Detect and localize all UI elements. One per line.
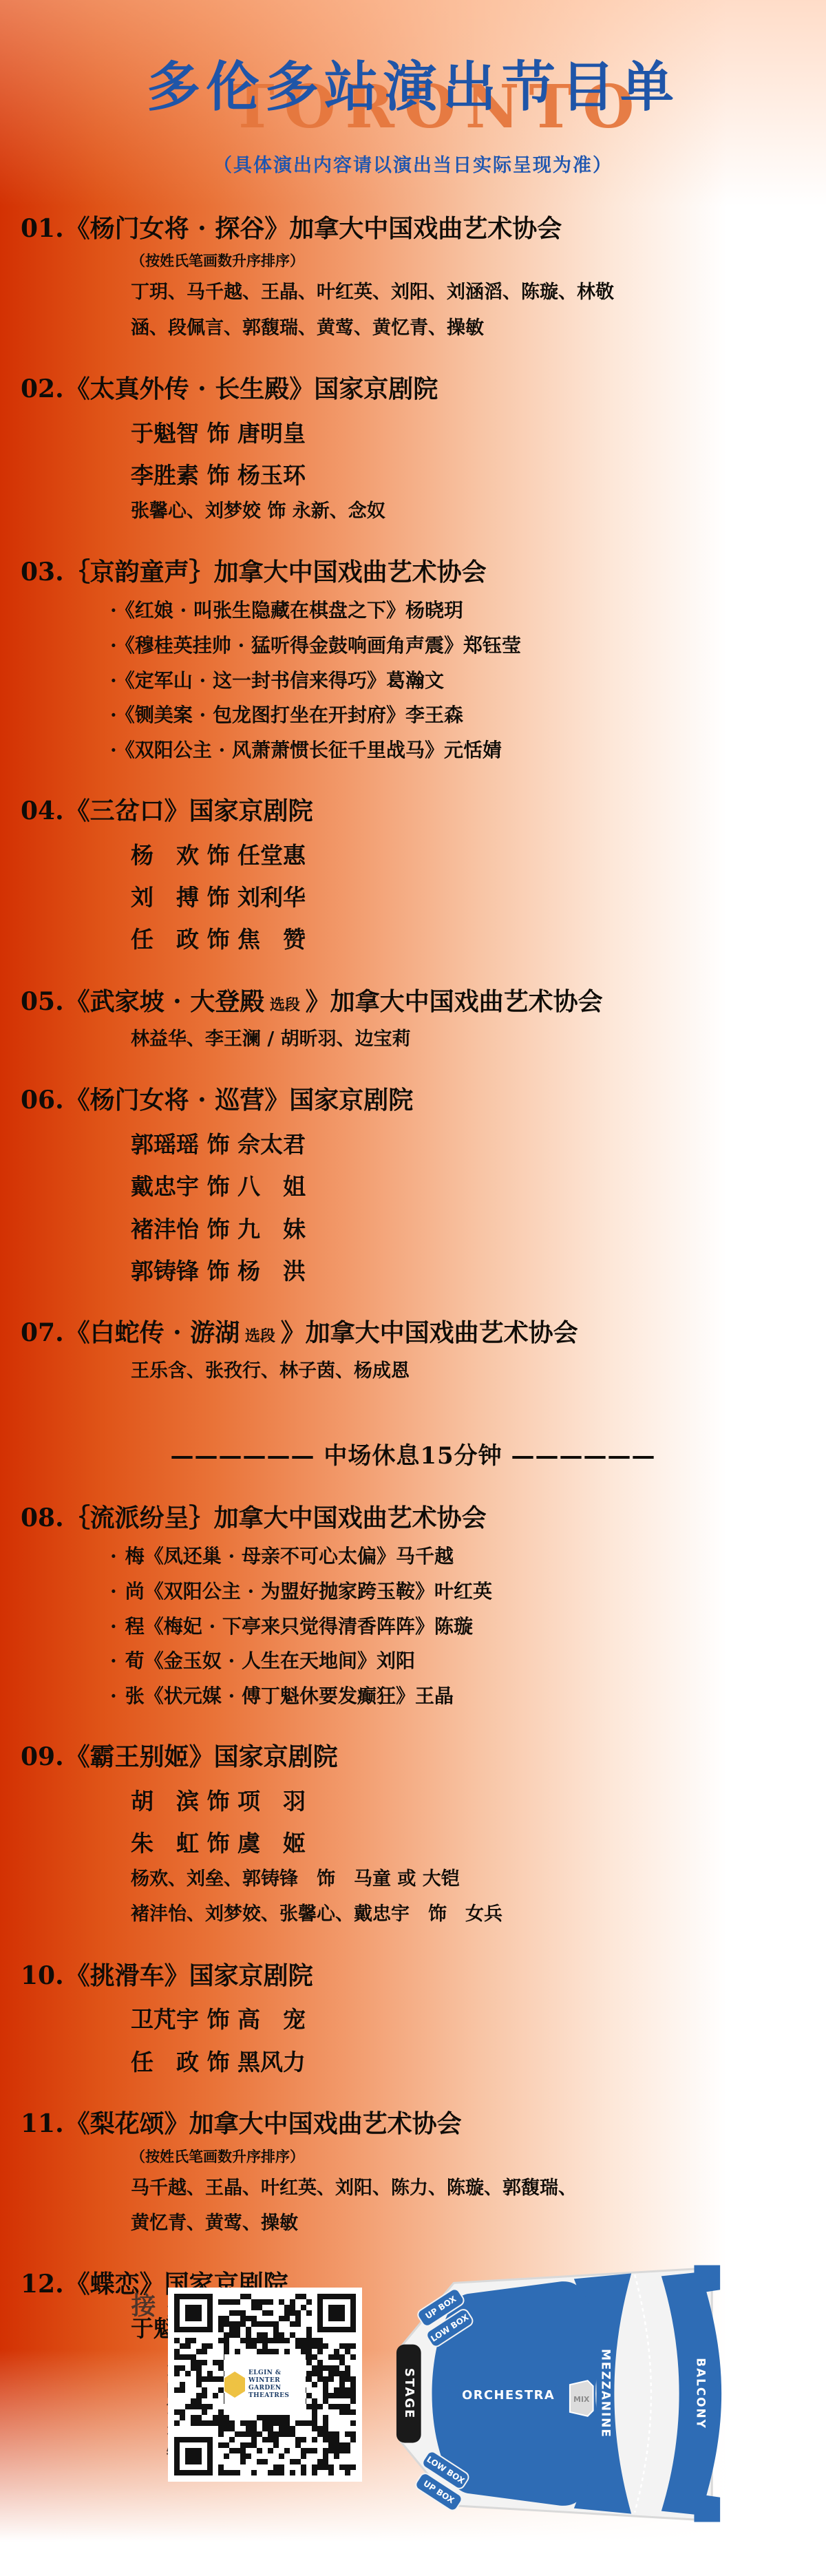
cast-line: 王乐含、张孜行、林子茵、杨成恩 bbox=[131, 1358, 805, 1384]
program-list: 01.《杨门女将 · 探谷》加拿大中国戏曲艺术协会（按姓氏笔画数升序排序）丁玥、… bbox=[0, 177, 826, 2343]
seating-chart: MIX STAGE UP BOX LOW BOX LOW BOX UP BOX bbox=[391, 2265, 732, 2525]
theatre-logo-icon bbox=[224, 2372, 245, 2398]
repertoire-line: ·荀《金玉奴 · 人生在天地间》刘阳 bbox=[110, 1648, 805, 1674]
cast-line: 杨欢、刘垒、郭铸锋 饰 马童 或 大铠 bbox=[131, 1866, 805, 1892]
program-poster: 多伦多站演出节目单 TORONTO （具体演出内容请以演出当日实际呈现为准） 0… bbox=[0, 0, 826, 2576]
program-title-excerpt-tag: 选段 bbox=[240, 1327, 280, 1345]
bullet-dot: · bbox=[110, 1649, 117, 1672]
bullet-dot: · bbox=[110, 669, 117, 692]
program-item: 06.《杨门女将 · 巡营》国家京剧院郭瑶瑶 饰 佘太君戴忠宇 饰 八 姐褚沣怡… bbox=[21, 1084, 805, 1285]
cast-line: 褚沣怡 饰 九 妹 bbox=[131, 1215, 805, 1243]
cast-line: 马千越、王晶、叶红英、刘阳、陈力、陈璇、郭馥瑞、 bbox=[131, 2175, 805, 2202]
poster-header: 多伦多站演出节目单 TORONTO （具体演出内容请以演出当日实际呈现为准） bbox=[0, 0, 826, 177]
program-number: 11. bbox=[21, 2109, 64, 2138]
program-item: 07.《白蛇传 · 游湖 选段 》加拿大中国戏曲艺术协会王乐含、张孜行、林子茵、… bbox=[21, 1317, 805, 1384]
cast-line: 褚沣怡、刘梦姣、张馨心、戴忠宇 饰 女兵 bbox=[131, 1901, 805, 1928]
program-title-text: 《太真外传 · 长生殿》国家京剧院 bbox=[65, 374, 438, 403]
poster-footer: 多伦多购票链接 ELGIN & WINTER GARDEN THEATRES bbox=[0, 2258, 826, 2576]
program-title: 08.｛流派纷呈｝加拿大中国戏曲艺术协会 bbox=[21, 1502, 805, 1534]
bullet-dot: · bbox=[110, 704, 117, 726]
cast-line: 戴忠宇 饰 八 姐 bbox=[131, 1172, 805, 1201]
program-title: 04.《三岔口》国家京剧院 bbox=[21, 795, 805, 827]
bullet-dot: · bbox=[110, 739, 117, 761]
program-title-text: 》加拿大中国戏曲艺术协会 bbox=[281, 1318, 578, 1347]
repertoire-line: ·《铡美案 · 包龙图打坐在开封府》李王森 bbox=[110, 702, 805, 728]
repertoire-line: ·《双阳公主 · 风萧萧惯长征千里战马》元恬婧 bbox=[110, 737, 805, 763]
theatre-logo-line: WINTER GARDEN bbox=[248, 2377, 306, 2393]
program-item: 01.《杨门女将 · 探谷》加拿大中国戏曲艺术协会（按姓氏笔画数升序排序）丁玥、… bbox=[21, 213, 805, 341]
program-title-text: 《霸王别姬》国家京剧院 bbox=[65, 1742, 338, 1771]
program-title-text: ｛流派纷呈｝加拿大中国戏曲艺术协会 bbox=[65, 1503, 487, 1532]
cast-line: 郭瑶瑶 饰 佘太君 bbox=[131, 1130, 805, 1159]
mezzanine-label: MEZZANINE bbox=[599, 2349, 613, 2438]
program-title-text: 《杨门女将 · 探谷》加拿大中国戏曲艺术协会 bbox=[65, 214, 562, 243]
cast-line: 朱 虹 饰 虞 姬 bbox=[131, 1829, 805, 1857]
bullet-dot: · bbox=[110, 1615, 117, 1638]
theatre-logo-line: THEATRES bbox=[248, 2392, 306, 2400]
program-title: 07.《白蛇传 · 游湖 选段 》加拿大中国戏曲艺术协会 bbox=[21, 1317, 805, 1349]
cast-line: 任 政 饰 焦 赞 bbox=[131, 925, 805, 953]
cast-line: 杨 欢 饰 任堂惠 bbox=[131, 841, 805, 869]
bullet-dot: · bbox=[110, 634, 117, 657]
cast-line: 胡 滨 饰 项 羽 bbox=[131, 1787, 805, 1815]
program-title: 10.《挑滑车》国家京剧院 bbox=[21, 1960, 805, 1992]
program-number: 07. bbox=[21, 1318, 64, 1347]
bullet-dot: · bbox=[110, 1580, 117, 1603]
program-title-text: 》加拿大中国戏曲艺术协会 bbox=[306, 987, 603, 1016]
bullet-dot: · bbox=[110, 1545, 117, 1567]
cast-line: 涵、段佩言、郭馥瑞、黄莺、黄忆青、操敏 bbox=[131, 315, 805, 341]
program-item: 04.《三岔口》国家京剧院杨 欢 饰 任堂惠刘 搏 饰 刘利华任 政 饰 焦 赞 bbox=[21, 795, 805, 954]
program-title-text: 《武家坡 · 大登殿 bbox=[65, 987, 265, 1016]
program-item: 11.《梨花颂》加拿大中国戏曲艺术协会（按姓氏笔画数升序排序）马千越、王晶、叶红… bbox=[21, 2108, 805, 2237]
program-item: 09.《霸王别姬》国家京剧院胡 滨 饰 项 羽朱 虹 饰 虞 姬杨欢、刘垒、郭铸… bbox=[21, 1741, 805, 1928]
cast-line: 于魁智 饰 唐明皇 bbox=[131, 419, 805, 447]
program-number: 09. bbox=[21, 1742, 64, 1771]
cast-line: 林益华、李王澜 / 胡昕羽、边宝莉 bbox=[131, 1026, 805, 1053]
cast-line: 张馨心、刘梦姣 饰 永新、念奴 bbox=[131, 498, 805, 525]
program-number: 02. bbox=[21, 374, 64, 403]
program-title-text: 《梨花颂》加拿大中国戏曲艺术协会 bbox=[65, 2109, 462, 2138]
theatre-logo: ELGIN & WINTER GARDEN THEATRES bbox=[224, 2354, 306, 2415]
program-title: 03.｛京韵童声｝加拿大中国戏曲艺术协会 bbox=[21, 556, 805, 589]
intermission-note: —————— 中场休息15分钟 —————— bbox=[21, 1437, 805, 1470]
program-number: 08. bbox=[21, 1503, 64, 1532]
program-number: 03. bbox=[21, 558, 64, 587]
cast-line: 黄忆青、黄莺、操敏 bbox=[131, 2210, 805, 2237]
program-title-text: 《白蛇传 · 游湖 bbox=[65, 1318, 240, 1347]
cast-line: 任 政 饰 黑风力 bbox=[131, 2048, 805, 2076]
repertoire-line: ·《穆桂英挂帅 · 猛听得金鼓响画角声震》郑钰莹 bbox=[110, 633, 805, 659]
program-item: 08.｛流派纷呈｝加拿大中国戏曲艺术协会·梅《凤还巢 · 母亲不可心太偏》马千越… bbox=[21, 1502, 805, 1709]
program-title: 11.《梨花颂》加拿大中国戏曲艺术协会 bbox=[21, 2108, 805, 2140]
program-item: 03.｛京韵童声｝加拿大中国戏曲艺术协会·《红娘 · 叫张生隐藏在棋盘之下》杨晓… bbox=[21, 556, 805, 763]
cast-line: 刘 搏 饰 刘利华 bbox=[131, 883, 805, 911]
program-title: 09.《霸王别姬》国家京剧院 bbox=[21, 1741, 805, 1773]
cast-line: 丁玥、马千越、王晶、叶红英、刘阳、刘涵滔、陈璇、林敬 bbox=[131, 279, 805, 306]
cast-line: 李胜素 饰 杨玉环 bbox=[131, 461, 805, 489]
repertoire-line: ·张《状元媒 · 傅丁魁休要发癫狂》王晶 bbox=[110, 1683, 805, 1709]
repertoire-line: ·尚《双阳公主 · 为盟好抛家跨玉鞍》叶红英 bbox=[110, 1579, 805, 1605]
repertoire-line: ·《红娘 · 叫张生隐藏在棋盘之下》杨晓玥 bbox=[110, 598, 805, 624]
subtitle-disclaimer: （具体演出内容请以演出当日实际呈现为准） bbox=[0, 150, 826, 177]
repertoire-line: ·《定军山 · 这一封书信来得巧》葛瀚文 bbox=[110, 668, 805, 694]
program-title-text: 《三岔口》国家京剧院 bbox=[65, 796, 313, 825]
program-title: 01.《杨门女将 · 探谷》加拿大中国戏曲艺术协会 bbox=[21, 213, 805, 245]
program-title-text: 《挑滑车》国家京剧院 bbox=[65, 1961, 313, 1990]
program-title: 05.《武家坡 · 大登殿 选段 》加拿大中国戏曲艺术协会 bbox=[21, 986, 805, 1018]
program-title-excerpt-tag: 选段 bbox=[264, 996, 305, 1014]
qr-code: ELGIN & WINTER GARDEN THEATRES bbox=[168, 2288, 362, 2482]
program-number: 05. bbox=[21, 987, 64, 1016]
program-title: 02.《太真外传 · 长生殿》国家京剧院 bbox=[21, 373, 805, 405]
repertoire-line: ·程《梅妃 · 下亭来只觉得清香阵阵》陈璇 bbox=[110, 1614, 805, 1640]
bullet-dot: · bbox=[110, 1685, 117, 1707]
sort-order-note: （按姓氏笔画数升序排序） bbox=[131, 250, 805, 271]
program-number: 01. bbox=[21, 214, 64, 243]
sort-order-note: （按姓氏笔画数升序排序） bbox=[131, 2146, 805, 2166]
mix-label: MIX bbox=[573, 2395, 590, 2404]
program-title-text: ｛京韵童声｝加拿大中国戏曲艺术协会 bbox=[65, 558, 487, 587]
program-title: 06.《杨门女将 · 巡营》国家京剧院 bbox=[21, 1084, 805, 1117]
repertoire-line: ·梅《凤还巢 · 母亲不可心太偏》马千越 bbox=[110, 1543, 805, 1570]
program-item: 02.《太真外传 · 长生殿》国家京剧院于魁智 饰 唐明皇李胜素 饰 杨玉环张馨… bbox=[21, 373, 805, 525]
theatre-logo-text: ELGIN & WINTER GARDEN THEATRES bbox=[248, 2369, 306, 2400]
program-number: 04. bbox=[21, 796, 64, 825]
program-item: 10.《挑滑车》国家京剧院卫芃宇 饰 高 宠任 政 饰 黑风力 bbox=[21, 1960, 805, 2076]
program-number: 10. bbox=[21, 1961, 64, 1990]
cast-line: 郭铸锋 饰 杨 洪 bbox=[131, 1257, 805, 1285]
cast-line: 卫芃宇 饰 高 宠 bbox=[131, 2005, 805, 2034]
balcony-label: BALCONY bbox=[694, 2358, 708, 2429]
program-number: 06. bbox=[21, 1086, 64, 1115]
page-title: 多伦多站演出节目单 bbox=[0, 58, 826, 118]
orchestra-label: ORCHESTRA bbox=[462, 2388, 555, 2403]
program-item: 05.《武家坡 · 大登殿 选段 》加拿大中国戏曲艺术协会林益华、李王澜 / 胡… bbox=[21, 986, 805, 1053]
program-title-text: 《杨门女将 · 巡营》国家京剧院 bbox=[65, 1086, 414, 1115]
theatre-logo-line: ELGIN & bbox=[248, 2369, 306, 2377]
stage-label: STAGE bbox=[402, 2368, 416, 2419]
bullet-dot: · bbox=[110, 599, 117, 622]
